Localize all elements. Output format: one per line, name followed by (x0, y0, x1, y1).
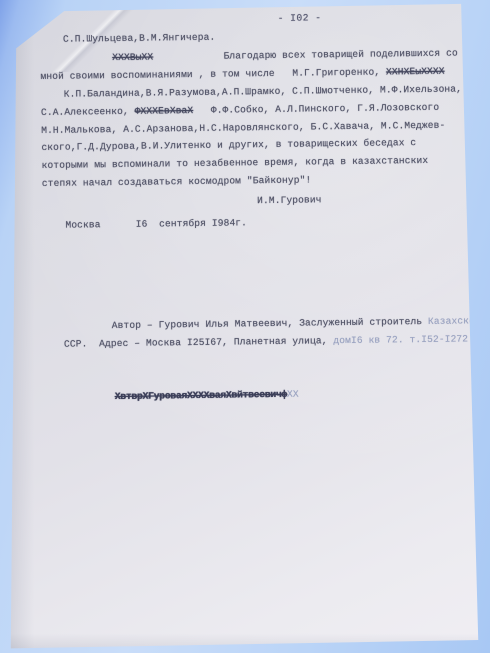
typewritten-text: ХХ (287, 389, 299, 400)
typewritten-line: мной своими воспоминаниями , в том числе… (40, 66, 444, 82)
typewritten-text: С.А.Алексеенко, (41, 106, 135, 118)
text-layer: - I02 - С.П.Шульцева,В.М.Янгичера.ХХХВыХ… (0, 0, 490, 653)
typewritten-line: которыми мы вспоминали то незабвенное вр… (42, 155, 429, 171)
typewritten-text: Казахской (428, 315, 481, 327)
typewritten-text: К.П.Баландина,В.Я.Разумова,А.П.Шрамко, С… (64, 83, 462, 99)
typewritten-line: Автор – Гурович Илья Матвеевич, Заслужен… (112, 315, 481, 331)
typewritten-line: С.П.Шульцева,В.М.Янгичера. (63, 32, 215, 45)
typewritten-text: мной своими воспоминаниями , в том числе (40, 68, 292, 82)
typewritten-line: ского,Г.Д.Дурова,В.И.Улитенко и других, … (41, 137, 416, 153)
typewritten-line: степях начал создаваться космодром "Байк… (42, 174, 312, 189)
scanned-page: - I02 - С.П.Шульцева,В.М.Янгичера.ХХХВыХ… (0, 0, 490, 653)
typewritten-text: М.Н.Малькова, А.С.Арзанова,Н.С.Наровлянс… (41, 120, 445, 136)
typewritten-text: М.Г.Григоренко, (292, 66, 386, 78)
red-edge-mark (477, 52, 482, 61)
page-number: - I02 - (278, 12, 322, 24)
overstruck-text: ХвтврХГуроваяХХХХваяХвйтвеевичф (115, 389, 287, 402)
typewritten-line: К.П.Баландина,В.Я.Разумова,А.П.Шрамко, С… (64, 83, 462, 99)
typewritten-line: ССР. Адрес – Москва I25I67, Планетная ул… (64, 333, 468, 349)
photo-backdrop: - I02 - С.П.Шульцева,В.М.Янгичера.ХХХВыХ… (0, 0, 490, 653)
typewritten-text (153, 51, 223, 63)
typewritten-text: И.М.Гурович (257, 194, 322, 206)
typewritten-line: ХХХВыХХ Благодарю всех товарищей поделив… (112, 48, 458, 64)
typewritten-text: которыми мы вспоминали то незабвенное вр… (42, 155, 429, 171)
typewritten-text: ССР. Адрес – Москва I25I67, Планетная ул… (64, 335, 334, 350)
typewritten-line: ХвтврХГуроваяХХХХваяХвйтвеевичфХХ (115, 389, 299, 402)
typewritten-text: степях начал создаваться космодром "Байк… (42, 174, 312, 189)
overstruck-text: ХХХВыХХ (112, 52, 153, 64)
red-edge-mark (476, 126, 480, 133)
typewritten-text: ского,Г.Д.Дурова,В.И.Улитенко и других, … (41, 137, 416, 153)
typewritten-text: домI6 кв 72. т.I52-I272 (333, 333, 468, 346)
typewritten-text: Автор – Гурович Илья Матвеевич, Заслужен… (112, 316, 428, 331)
typewritten-text: Благодарю всех товарищей поделившихся со (223, 48, 457, 62)
typewritten-text: Москва I6 сентября I984г. (65, 217, 247, 230)
typewritten-line: И.М.Гурович (257, 194, 322, 206)
typewritten-text: С.П.Шульцева,В.М.Янгичера. (63, 32, 215, 45)
overstruck-text: ФХХХЕвХваХ (135, 105, 194, 117)
typewritten-line: М.Н.Малькова, А.С.Арзанова,Н.С.Наровлянс… (41, 120, 445, 136)
typewritten-line: Москва I6 сентября I984г. (65, 217, 247, 230)
typewritten-text: Ф.Ф.Собко, А.Л.Пинского, Г.Я.Лозовского (193, 102, 439, 116)
typewritten-line: С.А.Алексеенко, ФХХХЕвХваХ Ф.Ф.Собко, А.… (41, 102, 439, 118)
overstruck-text: ХХНХЕыХХХХ (386, 66, 445, 78)
